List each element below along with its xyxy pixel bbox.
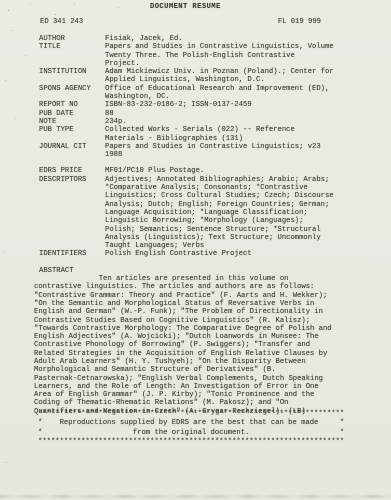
field-label: SPONS AGENCY	[39, 85, 105, 102]
document-resume-header: DOCUMENT RESUME	[150, 3, 221, 11]
scanned-document-page: DOCUMENT RESUME ED 341 243 FL 019 999 AU…	[0, 0, 391, 500]
abstract-section: ABSTRACT Ten articles are presented in t…	[34, 267, 387, 416]
field-label: PUB DATE	[39, 110, 105, 118]
edrs-reproduction-notice: ****************************************…	[38, 410, 344, 447]
field-value: Adjectives; Annotated Bibliographies; Ar…	[105, 176, 334, 251]
field-value: Adam Mickiewicz Univ. in Poznan (Poland)…	[105, 68, 334, 85]
citation-section: AUTHOR Fisiak, Jacek, Ed. TITLE Papers a…	[34, 35, 387, 159]
field-row-pub-date: PUB DATE 88	[34, 110, 387, 118]
field-value: Papers and Studies in Contrastive Lingui…	[105, 43, 334, 68]
field-row-institution: INSTITUTION Adam Mickiewicz Univ. in Poz…	[34, 68, 387, 85]
field-value: MF01/PC10 Plus Postage.	[105, 167, 204, 175]
id-row: ED 341 243 FL 019 999	[40, 18, 321, 26]
index-section: EDRS PRICE MF01/PC10 Plus Postage. DESCR…	[34, 167, 387, 258]
field-value: Office of Educational Research and Impro…	[105, 85, 329, 102]
field-row-title: TITLE Papers and Studies in Contrastive …	[34, 43, 387, 68]
field-label: JOURNAL CIT	[39, 143, 105, 160]
field-row-report-no: REPORT NO ISBN-83-232-0186-2; ISSN-0137-…	[34, 101, 387, 109]
field-row-edrs-price: EDRS PRICE MF01/PC10 Plus Postage.	[34, 167, 387, 175]
field-row-descriptors: DESCRIPTORS Adjectives; Annotated Biblio…	[34, 176, 387, 251]
field-label: DESCRIPTORS	[39, 176, 105, 251]
field-row-identifiers: IDENTIFIERS Polish English Contrastive P…	[34, 250, 387, 258]
document-body: AUTHOR Fisiak, Jacek, Ed. TITLE Papers a…	[34, 35, 387, 416]
section-gap	[34, 159, 387, 167]
scan-edge-smudge	[0, 495, 391, 498]
field-label: REPORT NO	[39, 101, 105, 109]
field-label: IDENTIFIERS	[39, 250, 105, 258]
abstract-heading: ABSTRACT	[34, 267, 387, 275]
field-value: 88	[105, 110, 114, 118]
field-label: PUB TYPE	[39, 126, 105, 143]
field-label: INSTITUTION	[39, 68, 105, 85]
field-row-journal-cit: JOURNAL CIT Papers and Studies in Contra…	[34, 143, 387, 160]
field-row-spons-agency: SPONS AGENCY Office of Educational Resea…	[34, 85, 387, 102]
field-row-pub-type: PUB TYPE Collected Works - Serials (022)…	[34, 126, 387, 143]
field-label: EDRS PRICE	[39, 167, 105, 175]
scan-noise-speckles	[0, 0, 1, 1]
section-gap	[34, 259, 387, 267]
clearinghouse-number: FL 019 999	[278, 18, 321, 26]
field-value: Polish English Contrastive Project	[105, 250, 252, 258]
field-value: ISBN-83-232-0186-2; ISSN-0137-2459	[105, 101, 252, 109]
field-value: Collected Works - Serials (022) -- Refer…	[105, 126, 295, 143]
field-value: Papers and Studies in Contrastive Lingui…	[105, 143, 321, 160]
ed-number: ED 341 243	[40, 18, 83, 26]
abstract-text: Ten articles are presented in this volum…	[34, 275, 387, 416]
field-label: TITLE	[39, 43, 105, 68]
